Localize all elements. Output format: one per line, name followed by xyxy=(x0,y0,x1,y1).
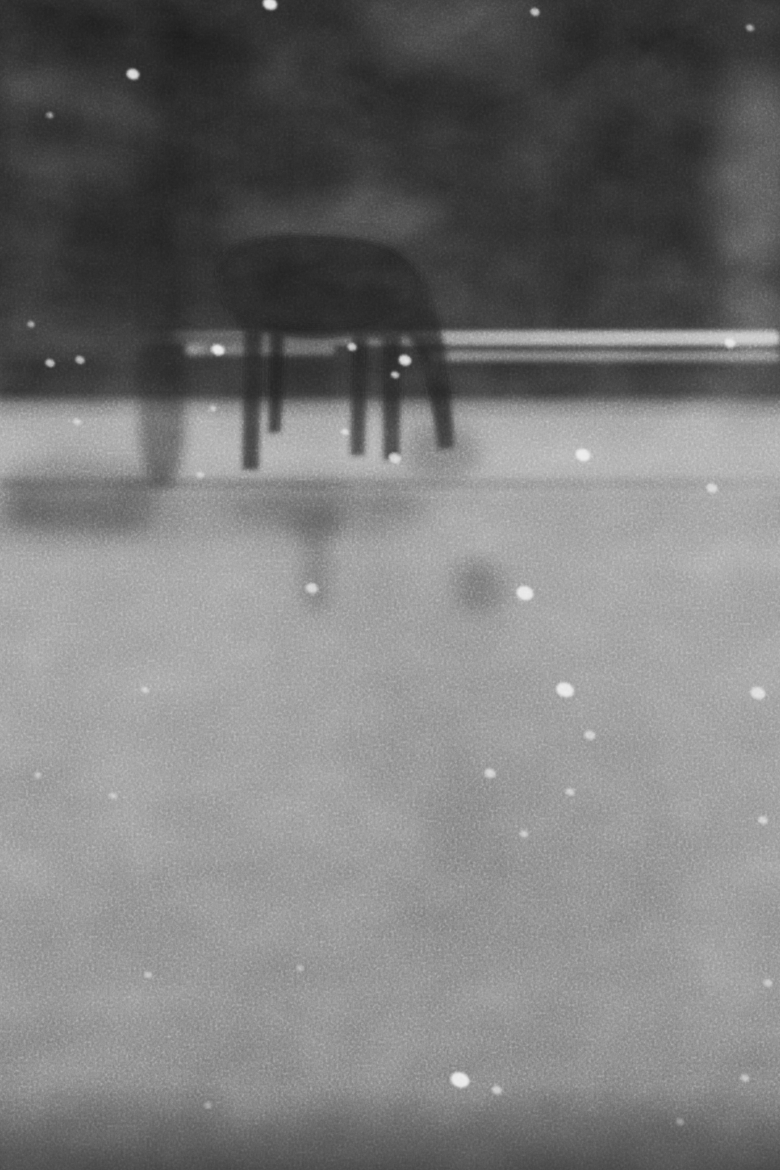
dust-speck xyxy=(740,1073,751,1083)
dust-speck xyxy=(675,1118,685,1127)
dust-speck xyxy=(749,685,767,701)
field-mottle xyxy=(110,860,360,1030)
hedge-shadow-left xyxy=(0,455,160,535)
horse-cast-shadow xyxy=(288,505,343,545)
field-dark-patch xyxy=(452,560,507,615)
field-diagonal-shadow xyxy=(391,667,658,992)
field-dark-smudge xyxy=(520,880,610,950)
treeline-light-patch xyxy=(372,0,562,67)
tree-trunk-shadow xyxy=(552,0,600,335)
grass-band-boundary xyxy=(0,478,780,490)
dust-speck xyxy=(705,482,718,494)
hedge-shadow-band xyxy=(0,487,480,537)
dust-speck xyxy=(530,7,541,17)
horse-ground-shadow xyxy=(200,324,450,380)
dust-speck xyxy=(75,355,86,365)
dust-speck xyxy=(210,343,226,357)
fence-rail-highlight xyxy=(185,344,335,355)
backlit-rim-above-horse xyxy=(228,198,443,250)
horse-body-mass xyxy=(217,242,413,326)
dust-speck xyxy=(140,686,150,695)
dust-speck xyxy=(723,337,736,349)
dust-speck xyxy=(388,451,403,464)
dust-speck xyxy=(583,729,596,741)
dust-speck xyxy=(398,353,413,366)
dust-speck xyxy=(448,1070,471,1091)
treeline-corner-shadow xyxy=(0,0,250,330)
dust-speck xyxy=(347,342,358,352)
field-faint-streak xyxy=(350,470,405,800)
dust-speck xyxy=(262,0,279,12)
tree-gap-highlight xyxy=(712,70,780,280)
field-mottle xyxy=(605,785,710,920)
dust-speck xyxy=(296,964,304,972)
dust-speck-layer xyxy=(0,0,780,1170)
horse-cast-shadow xyxy=(300,535,334,615)
dust-speck xyxy=(340,428,350,437)
exposure-blotch-overlay xyxy=(0,0,780,1170)
dust-speck xyxy=(554,680,576,700)
dust-speck xyxy=(574,447,592,463)
horse-silhouette xyxy=(130,210,490,480)
dust-speck xyxy=(27,320,35,328)
photograph xyxy=(0,0,780,1170)
vignette xyxy=(0,0,780,1170)
grazing-head-shadow xyxy=(405,425,480,480)
dust-speck xyxy=(745,24,755,33)
bottom-edge-shadow xyxy=(0,1085,780,1170)
dust-speck xyxy=(46,111,54,119)
dust-speck xyxy=(491,1085,503,1096)
dust-speck xyxy=(204,1101,212,1109)
tonal-base-gradient xyxy=(0,0,780,1170)
dust-speck xyxy=(757,815,769,826)
treeline-light-streak xyxy=(0,57,191,146)
dust-speck xyxy=(45,358,56,368)
dust-speck xyxy=(126,67,141,80)
dust-speck xyxy=(483,767,496,779)
tree-trunk-shadow xyxy=(158,0,188,390)
dust-speck xyxy=(195,471,205,480)
tree-trunk-shadow xyxy=(672,30,716,340)
tree-gap-highlight xyxy=(730,288,780,372)
dust-speck xyxy=(763,978,774,988)
fence-rail-highlight xyxy=(430,351,780,362)
dust-speck xyxy=(305,581,320,594)
dust-speck xyxy=(72,418,82,427)
dust-speck xyxy=(143,971,153,980)
dust-speck xyxy=(34,771,42,779)
dust-speck xyxy=(209,404,217,412)
dust-speck xyxy=(108,792,118,801)
horse-body-and-legs xyxy=(217,234,454,470)
field-faint-shadow xyxy=(390,600,505,990)
dust-speck xyxy=(565,787,576,797)
fence-shadow-band xyxy=(0,362,780,398)
dust-speck xyxy=(390,371,400,380)
dust-speck xyxy=(519,829,530,839)
film-grain-overlay xyxy=(0,0,780,1170)
fence-post-shadow xyxy=(138,325,186,485)
treeline-light-streak xyxy=(0,132,156,193)
dust-speck xyxy=(515,584,536,603)
horse-cast-shadow xyxy=(225,480,425,535)
fence-rail-highlight xyxy=(130,331,780,345)
